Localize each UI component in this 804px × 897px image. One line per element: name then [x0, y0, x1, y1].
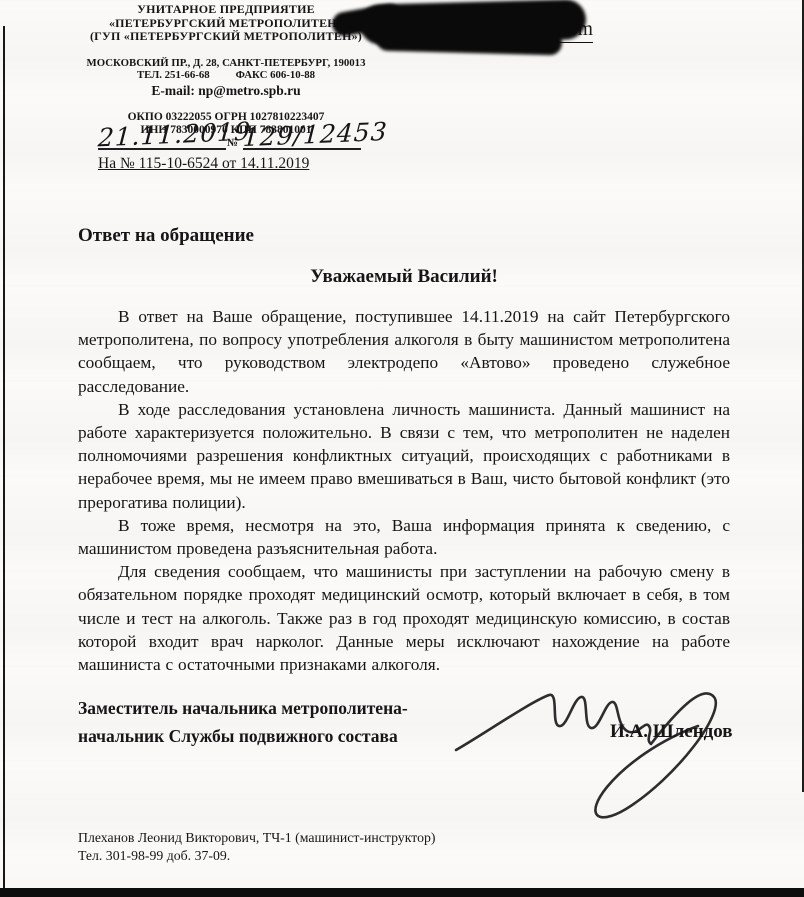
- org-phone: ТЕЛ. 251-66-68: [137, 69, 210, 82]
- letterhead-address-block: МОСКОВСКИЙ ПР., Д. 28, САНКТ-ПЕТЕРБУРГ, …: [28, 57, 424, 99]
- body-paragraph: В ответ на Ваше обращение, поступившее 1…: [78, 305, 730, 398]
- executor-block: Плеханов Леонид Викторович, ТЧ-1 (машини…: [78, 829, 435, 865]
- outgoing-requisites: 21.11.2019 № 129/12453: [98, 120, 361, 150]
- executor-phone: Тел. 301-98-99 доб. 37-09.: [78, 847, 435, 865]
- body-paragraph: В ходе расследования установлена личност…: [78, 398, 730, 514]
- number-field: 129/12453: [243, 120, 361, 150]
- body-paragraph: В тоже время, несмотря на это, Ваша инфо…: [78, 514, 730, 560]
- org-phone-fax: ТЕЛ. 251-66-68 ФАКС 606-10-88: [28, 69, 424, 82]
- signer-position-line-2: начальник Службы подвижного состава: [78, 722, 408, 750]
- signer-position: Заместитель начальника метрополитена- на…: [78, 694, 408, 750]
- incoming-reference-line: На № 115-10-6524 от 14.11.2019: [98, 155, 309, 173]
- letter-body: В ответ на Ваше обращение, поступившее 1…: [78, 305, 730, 676]
- handwritten-number: 129/12453: [242, 117, 388, 152]
- org-address: МОСКОВСКИЙ ПР., Д. 28, САНКТ-ПЕТЕРБУРГ, …: [28, 57, 424, 70]
- recipient-email-area: dugar11988@gmail.com: [392, 6, 602, 56]
- handwritten-signature: [448, 676, 758, 826]
- scanned-letter-page: УНИТАРНОЕ ПРЕДПРИЯТИЕ «ПЕТЕРБУРГСКИЙ МЕТ…: [0, 0, 804, 897]
- signer-position-line-1: Заместитель начальника метрополитена-: [78, 694, 408, 722]
- executor-contact: Плеханов Леонид Викторович, ТЧ-1 (машини…: [78, 829, 435, 847]
- body-paragraph: Для сведения сообщаем, что машинисты при…: [78, 560, 730, 676]
- letter-salutation: Уважаемый Василий!: [78, 266, 730, 288]
- signer-name: И.А. Шлендов: [610, 721, 733, 743]
- org-email: E-mail: np@metro.spb.ru: [28, 83, 424, 99]
- date-field: 21.11.2019: [98, 120, 226, 150]
- redaction-mark: [376, 26, 563, 56]
- scan-edge-left: [3, 26, 5, 897]
- letter-subject: Ответ на обращение: [78, 225, 254, 247]
- scan-edge-bottom: [0, 888, 804, 897]
- org-fax: ФАКС 606-10-88: [236, 69, 315, 82]
